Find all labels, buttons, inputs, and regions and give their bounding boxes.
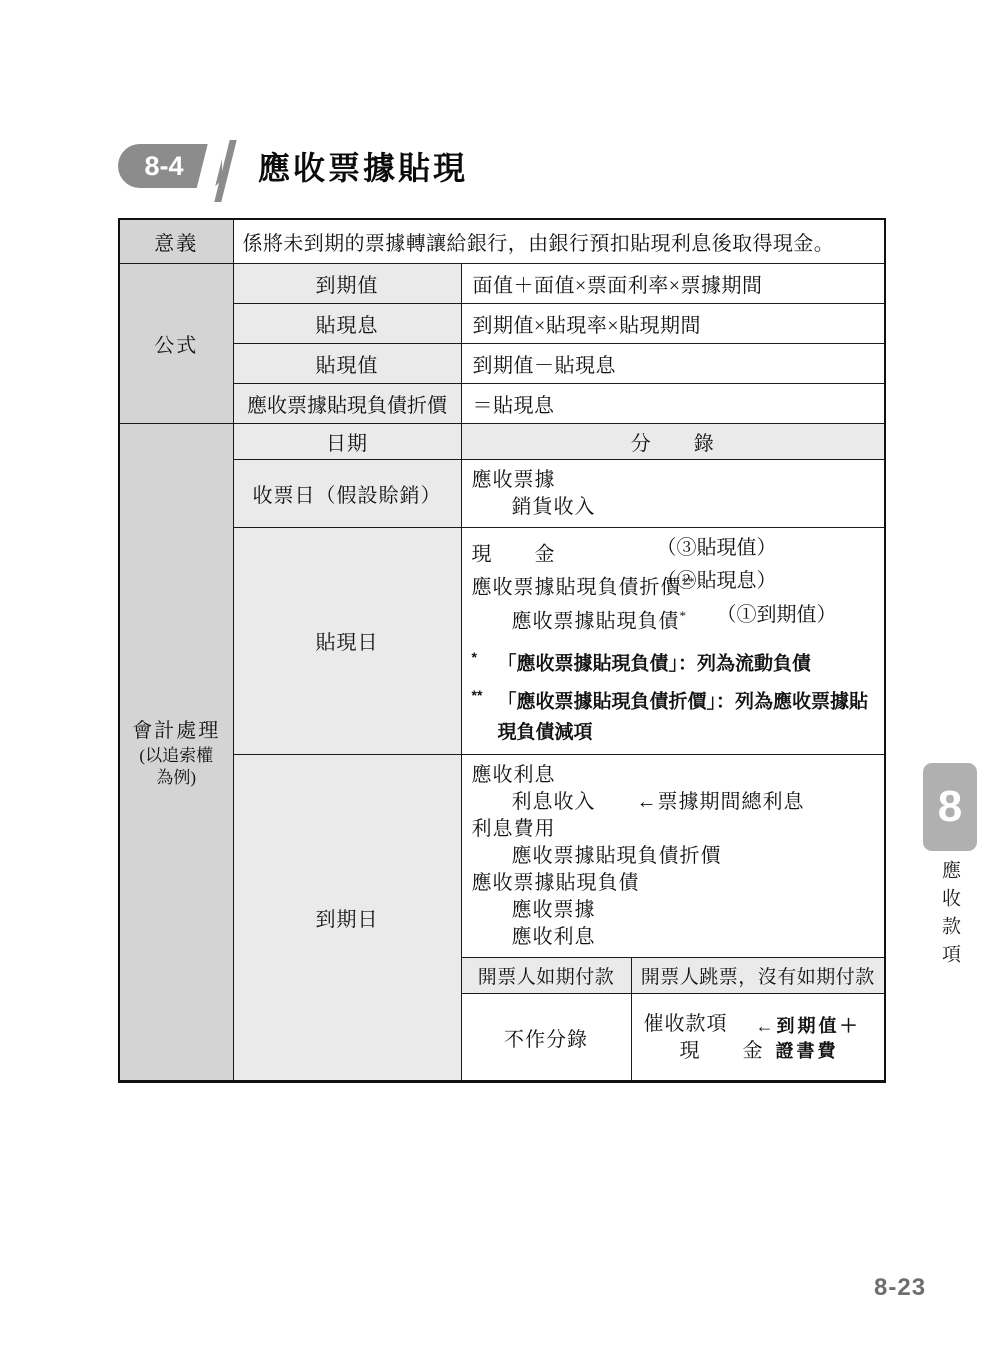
- journal-line: 應收票據: [472, 897, 875, 924]
- formula-name-discount-interest: 貼現息: [233, 303, 461, 343]
- amount-maturity-value: （①到期值）: [717, 602, 837, 629]
- amount-discount-interest: （②貼現息）: [657, 568, 777, 595]
- journal-line-credit: 銷貨收入: [472, 494, 875, 521]
- annotation-maturity-plus: ←到期值＋: [756, 1013, 861, 1040]
- journal-line: 利息費用: [472, 816, 875, 843]
- outcome-paid-entry: 不作分錄: [461, 994, 631, 1082]
- account-cash: 現 金: [472, 543, 556, 565]
- formula-discount-interest: 到期值×貼現率×貼現期間: [461, 303, 885, 343]
- chapter-number: 8: [938, 782, 962, 832]
- row-label-discount-date: 貼現日: [233, 527, 461, 755]
- journal-line-debit: 應收票據: [472, 467, 875, 494]
- journal-line-liability-discount: 應收票據貼現負債折價** （②貼現息）: [472, 568, 875, 602]
- row-label-receipt-date: 收票日（假設賒銷）: [233, 459, 461, 527]
- outcome-dishonored-entry: 催收款項 ←到期值＋ 現 金證書費: [631, 994, 885, 1082]
- outcome-header-dishonored: 開票人跳票，沒有如期付款: [631, 958, 885, 994]
- footnote-1-text: 「應收票據貼現負債」：列為流動負債: [498, 654, 812, 675]
- footnote-1: *「應收票據貼現負債」：列為流動負債: [472, 642, 875, 679]
- page-number: 8-23: [874, 1274, 926, 1302]
- accounting-label-note-2: 為例): [120, 767, 233, 789]
- receipt-date-entry: 應收票據 銷貨收入: [461, 459, 885, 527]
- journal-line-cash-credit: 現 金證書費: [644, 1038, 877, 1065]
- formula-name-liability-discount: 應收票據貼現負債折價: [233, 383, 461, 423]
- row-label-formulas: 公式: [119, 263, 233, 423]
- formula-maturity-value: 面值＋面值×票面利率×票據期間: [461, 263, 885, 303]
- formula-name-maturity-value: 到期值: [233, 263, 461, 303]
- section-title: 應收票據貼現: [258, 143, 468, 189]
- annotation-total-interest: ←票據期間總利息: [637, 789, 805, 816]
- section-badge: 8-4: [118, 144, 236, 188]
- textbook-page: 8-4 應收票據貼現 意義 係將未到期的票據轉讓給銀行，由銀行預扣貼現利息後取得…: [0, 0, 1000, 1356]
- footnote-2-marker: **: [472, 680, 498, 711]
- footnote-2: **「應收票據貼現負債折價」：列為應收票據貼現負債減項: [472, 680, 875, 748]
- account-interest-income: 利息收入: [512, 791, 596, 813]
- account-liability-discount: 應收票據貼現負債折價: [472, 577, 682, 599]
- discount-date-entry: 現 金 （③貼現值） 應收票據貼現負債折價** （②貼現息） 應收票據貼現負債*…: [461, 527, 885, 755]
- row-label-accounting: 會計處理 (以追索權 為例): [119, 423, 233, 1082]
- account-cash-credit: 現 金: [644, 1040, 764, 1062]
- journal-line: 應收利息: [472, 762, 875, 789]
- outcome-header-paid: 開票人如期付款: [461, 958, 631, 994]
- row-label-meaning: 意義: [119, 219, 233, 263]
- formula-discounted-value: 到期值－貼現息: [461, 343, 885, 383]
- section-number: 8-4: [118, 144, 210, 188]
- annotation-protest-fee: 證書費: [776, 1041, 839, 1061]
- column-header-date: 日期: [233, 423, 461, 459]
- journal-line: 應收利息: [472, 924, 875, 951]
- chapter-title-vertical: 應收款項: [936, 860, 963, 972]
- journal-line-with-annotation: 利息收入 ←票據期間總利息: [472, 789, 875, 816]
- journal-line-liability: 應收票據貼現負債* （①到期值）: [472, 602, 875, 636]
- section-header: 8-4 應收票據貼現: [118, 142, 468, 190]
- formula-name-discounted-value: 貼現值: [233, 343, 461, 383]
- meaning-text: 係將未到期的票據轉讓給銀行，由銀行預扣貼現利息後取得現金。: [233, 219, 885, 263]
- amount-discounted-value: （③貼現值）: [657, 535, 777, 562]
- column-header-entry: 分 錄: [461, 423, 885, 459]
- footnote-1-marker: *: [472, 642, 498, 673]
- formula-liability-discount: ＝貼現息: [461, 383, 885, 423]
- journal-line-cash: 現 金 （③貼現值）: [472, 535, 875, 569]
- maturity-date-entry: 應收利息 利息收入 ←票據期間總利息 利息費用 應收票據貼現負債折價 應收票據貼…: [461, 755, 885, 958]
- journal-line-collection: 催收款項 ←到期值＋: [644, 1011, 877, 1038]
- footnote-2-text: 「應收票據貼現負債折價」：列為應收票據貼現負債減項: [498, 691, 869, 743]
- journal-line: 應收票據貼現負債折價: [472, 843, 875, 870]
- notes-discounting-table: 意義 係將未到期的票據轉讓給銀行，由銀行預扣貼現利息後取得現金。 公式 到期值 …: [118, 218, 886, 1083]
- accounting-label: 會計處理: [120, 714, 233, 743]
- journal-line: 應收票據貼現負債: [472, 870, 875, 897]
- chapter-tab: 8: [923, 763, 977, 851]
- marker-asterisk: *: [680, 608, 687, 623]
- account-collection-receivable: 催收款項: [644, 1013, 728, 1035]
- account-liability: 應收票據貼現負債: [512, 610, 680, 632]
- accounting-label-note-1: (以追索權: [120, 745, 233, 767]
- footnotes: *「應收票據貼現負債」：列為流動負債 **「應收票據貼現負債折價」：列為應收票據…: [472, 642, 875, 748]
- row-label-maturity-date: 到期日: [233, 755, 461, 1082]
